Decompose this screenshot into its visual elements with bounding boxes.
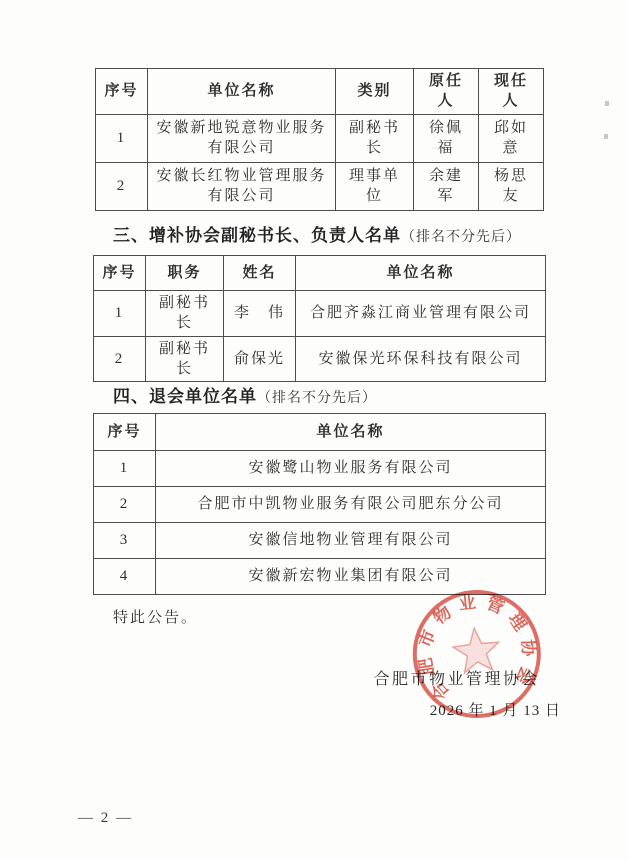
withdrawal-table: 序号 单位名称 1 安徽鹭山物业服务有限公司 2 合肥市中凯物业服务有限公司肥东… [93,413,546,595]
table-header-row: 序号 职务 姓名 单位名称 [94,256,546,291]
section-3-note: （排名不分先后） [401,230,521,245]
table-cell: 3 [94,523,156,559]
table-cell: 2 [96,162,148,210]
closing-statement: 特此公告。 [113,606,198,627]
table-cell: 安徽鹭山物业服务有限公司 [156,451,546,487]
table-cell: 副秘书长 [336,114,414,162]
header-cell: 职务 [146,256,224,291]
table-row: 2 安徽长红物业管理服务有限公司 理事单位 余建军 杨思友 [96,162,544,210]
section-4-title: 四、退会单位名单 [113,387,257,407]
page-number: — 2 — [78,810,133,827]
table-row: 1 副秘书长 李 伟 合肥齐淼江商业管理有限公司 [94,291,546,337]
table-cell: 副秘书长 [146,291,224,337]
section-3-heading: 三、增补协会副秘书长、负责人名单（排名不分先后） [113,221,521,246]
section-3-title: 三、增补协会副秘书长、负责人名单 [113,226,401,246]
table-row: 2 副秘书长 俞保光 安徽保光环保科技有限公司 [94,336,546,382]
table-cell: 2 [94,487,156,523]
table-cell: 合肥齐淼江商业管理有限公司 [296,291,546,337]
header-cell: 序号 [94,414,156,451]
table-row: 1 安徽新地锐意物业服务有限公司 副秘书长 徐佩福 邱如意 [96,114,544,162]
table-cell: 1 [94,291,146,337]
scan-speck [604,134,608,139]
table-cell: 1 [94,451,156,487]
header-cell: 序号 [96,69,148,115]
table-cell: 李 伟 [224,291,296,337]
table-cell: 俞保光 [224,336,296,382]
table-row: 1 安徽鹭山物业服务有限公司 [94,451,546,487]
table-cell: 合肥市中凯物业服务有限公司肥东分公司 [156,487,546,523]
table-row: 3 安徽信地物业管理有限公司 [94,523,546,559]
table-cell: 安徽新地锐意物业服务有限公司 [148,114,336,162]
position-change-table: 序号 单位名称 类别 原任人 现任人 1 安徽新地锐意物业服务有限公司 副秘书长… [95,68,544,211]
header-cell: 类别 [336,69,414,115]
header-cell: 单位名称 [148,69,336,115]
table-cell: 杨思友 [479,162,544,210]
table-row: 2 合肥市中凯物业服务有限公司肥东分公司 [94,487,546,523]
table-cell: 安徽长红物业管理服务有限公司 [148,162,336,210]
table-header-row: 序号 单位名称 [94,414,546,451]
table-cell: 安徽信地物业管理有限公司 [156,523,546,559]
table-cell: 2 [94,336,146,382]
star-icon [451,626,501,674]
table-cell: 徐佩福 [414,114,479,162]
document-page: 序号 单位名称 类别 原任人 现任人 1 安徽新地锐意物业服务有限公司 副秘书长… [0,0,628,860]
header-cell: 单位名称 [296,256,546,291]
section-4-note: （排名不分先后） [257,391,377,406]
header-cell: 单位名称 [156,414,546,451]
header-cell: 原任人 [414,69,479,115]
table-cell: 理事单位 [336,162,414,210]
table-cell: 副秘书长 [146,336,224,382]
table-cell: 1 [96,114,148,162]
header-cell: 序号 [94,256,146,291]
table-cell: 余建军 [414,162,479,210]
table-cell: 邱如意 [479,114,544,162]
header-cell: 现任人 [479,69,544,115]
scan-speck [605,101,609,106]
appointment-table: 序号 职务 姓名 单位名称 1 副秘书长 李 伟 合肥齐淼江商业管理有限公司 2… [93,255,546,382]
table-header-row: 序号 单位名称 类别 原任人 现任人 [96,69,544,115]
header-cell: 姓名 [224,256,296,291]
official-seal-stamp: 合肥市物业管理协会 [400,579,554,733]
table-cell: 安徽保光环保科技有限公司 [296,336,546,382]
table-cell: 4 [94,559,156,595]
section-4-heading: 四、退会单位名单（排名不分先后） [113,382,377,407]
